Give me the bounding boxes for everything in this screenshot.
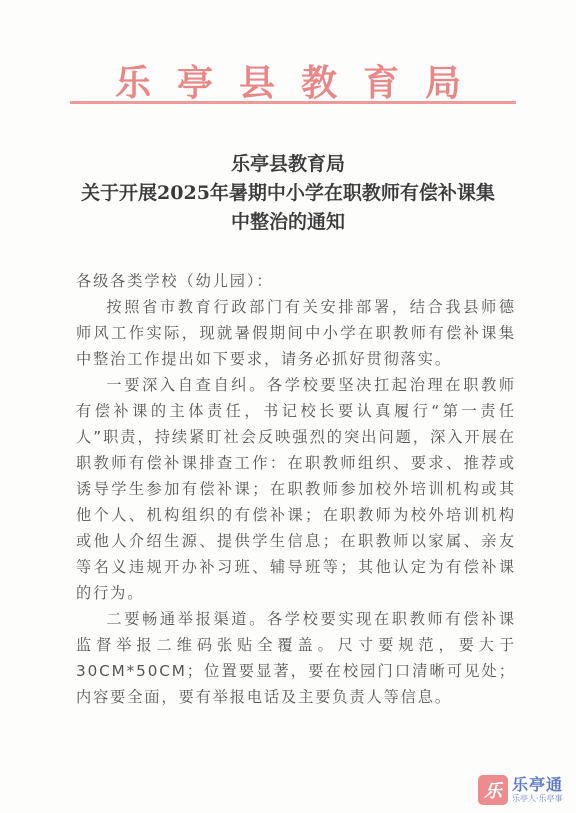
watermark-logo-icon: 乐 — [478, 775, 508, 805]
paragraph-intro: 按照省市教育行政部门有关安排部署，结合我县师德师风工作实际，现就暑假期间中小学在… — [76, 294, 516, 372]
document-page: 乐亭县教育局 乐亭县教育局 关于开展2025年暑期中小学在职教师有偿补课集 中整… — [0, 0, 576, 813]
title-line-3: 中整治的通知 — [0, 208, 576, 237]
paragraph-self-inspection: 一要深入自查自纠。各学校要坚决扛起治理在职教师有偿补课的主体责任，书记校长要认真… — [76, 372, 516, 606]
watermark-name: 乐亭通 — [512, 776, 563, 794]
title-line-2: 关于开展2025年暑期中小学在职教师有偿补课集 — [0, 179, 576, 208]
document-title: 乐亭县教育局 关于开展2025年暑期中小学在职教师有偿补课集 中整治的通知 — [0, 150, 576, 237]
paragraph-reporting-channels: 二要畅通举报渠道。各学校要实现在职教师有偿补课监督举报二维码张贴全覆盖。尺寸要规… — [76, 606, 516, 710]
title-issuer: 乐亭县教育局 — [0, 150, 576, 179]
document-body: 各级各类学校（幼儿园）： 按照省市教育行政部门有关安排部署，结合我县师德师风工作… — [76, 268, 516, 710]
watermark: 乐 乐亭通 乐亭人·乐亭事 — [478, 773, 574, 807]
letterhead-title: 乐亭县教育局 — [0, 55, 576, 106]
watermark-slogan: 乐亭人·乐亭事 — [512, 794, 563, 804]
letterhead-red-rule — [70, 101, 516, 104]
salutation: 各级各类学校（幼儿园）： — [76, 268, 516, 294]
